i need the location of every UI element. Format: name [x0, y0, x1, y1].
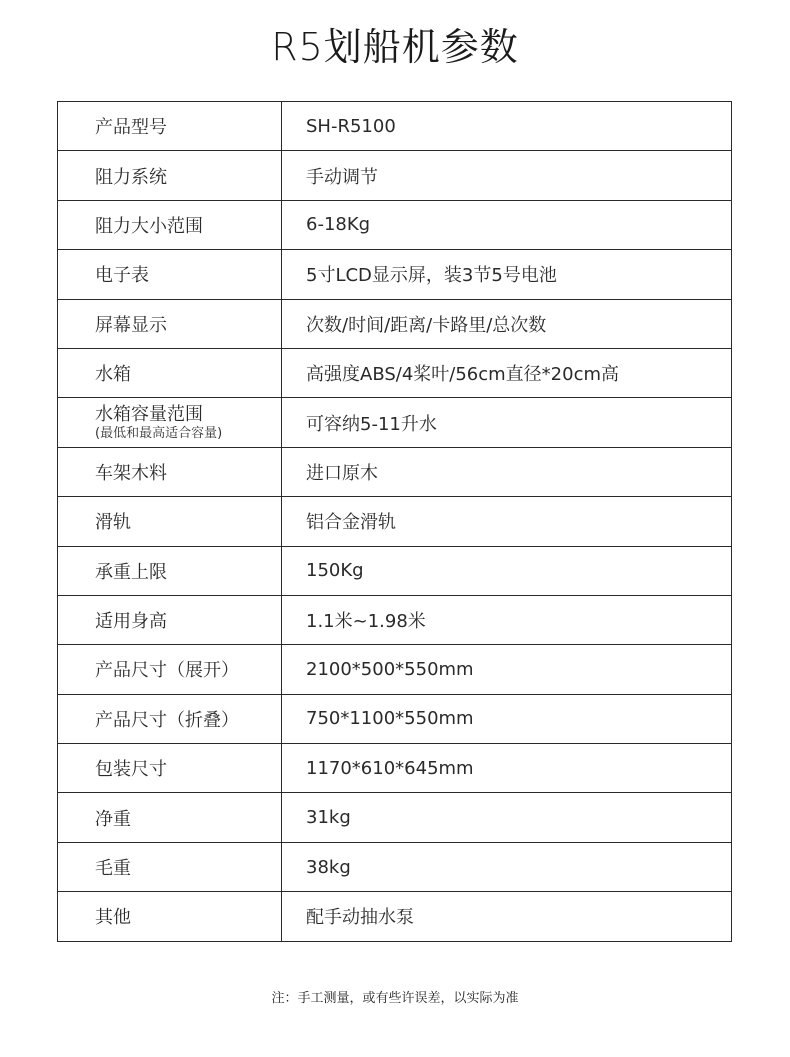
- page-title: R5划船机参数: [0, 22, 790, 72]
- table-row: 水箱容量范围 (最低和最高适合容量) 可容纳5-11升水: [58, 398, 732, 447]
- row-label: 电子表: [58, 250, 282, 299]
- table-row: 电子表 5寸LCD显示屏，装3节5号电池: [58, 250, 732, 299]
- row-label: 滑轨: [58, 497, 282, 546]
- row-value: 2100*500*550mm: [282, 645, 732, 694]
- row-label: 屏幕显示: [58, 299, 282, 348]
- row-value: 5寸LCD显示屏，装3节5号电池: [282, 250, 732, 299]
- row-value: 150Kg: [282, 546, 732, 595]
- row-label: 产品尺寸（展开）: [58, 645, 282, 694]
- table-row: 净重 31kg: [58, 793, 732, 842]
- row-value: 铝合金滑轨: [282, 497, 732, 546]
- row-label: 产品型号: [58, 102, 282, 151]
- row-value: 31kg: [282, 793, 732, 842]
- row-value: 750*1100*550mm: [282, 694, 732, 743]
- table-row: 屏幕显示 次数/时间/距离/卡路里/总次数: [58, 299, 732, 348]
- row-value: 手动调节: [282, 151, 732, 200]
- row-label: 承重上限: [58, 546, 282, 595]
- row-label: 其他: [58, 892, 282, 941]
- row-label: 产品尺寸（折叠）: [58, 694, 282, 743]
- row-value: 38kg: [282, 842, 732, 891]
- row-label: 阻力大小范围: [58, 200, 282, 249]
- table-row: 产品尺寸（折叠） 750*1100*550mm: [58, 694, 732, 743]
- row-label: 适用身高: [58, 595, 282, 644]
- row-sublabel: (最低和最高适合容量): [95, 426, 281, 442]
- row-value: 1170*610*645mm: [282, 744, 732, 793]
- footnote: 注：手工测量，或有些许误差，以实际为准: [0, 987, 790, 1006]
- table-row: 滑轨 铝合金滑轨: [58, 497, 732, 546]
- row-value: 1.1米~1.98米: [282, 595, 732, 644]
- row-label: 毛重: [58, 842, 282, 891]
- row-value: 进口原木: [282, 447, 732, 496]
- row-label: 水箱容量范围: [95, 404, 281, 426]
- row-label: 包装尺寸: [58, 744, 282, 793]
- table-row: 包装尺寸 1170*610*645mm: [58, 744, 732, 793]
- row-value: 6-18Kg: [282, 200, 732, 249]
- row-label-cell: 水箱容量范围 (最低和最高适合容量): [58, 398, 282, 447]
- row-value: 次数/时间/距离/卡路里/总次数: [282, 299, 732, 348]
- row-label: 车架木料: [58, 447, 282, 496]
- table-row: 阻力系统 手动调节: [58, 151, 732, 200]
- row-label: 净重: [58, 793, 282, 842]
- table-row: 阻力大小范围 6-18Kg: [58, 200, 732, 249]
- row-value: SH-R5100: [282, 102, 732, 151]
- table-row: 车架木料 进口原木: [58, 447, 732, 496]
- spec-table: 产品型号 SH-R5100 阻力系统 手动调节 阻力大小范围 6-18Kg 电子…: [57, 101, 732, 942]
- table-row: 产品尺寸（展开） 2100*500*550mm: [58, 645, 732, 694]
- row-label: 水箱: [58, 348, 282, 397]
- row-value: 高强度ABS/4桨叶/56cm直径*20cm高: [282, 348, 732, 397]
- table-row: 产品型号 SH-R5100: [58, 102, 732, 151]
- table-row: 适用身高 1.1米~1.98米: [58, 595, 732, 644]
- table-row: 水箱 高强度ABS/4桨叶/56cm直径*20cm高: [58, 348, 732, 397]
- table-row: 承重上限 150Kg: [58, 546, 732, 595]
- row-value: 配手动抽水泵: [282, 892, 732, 941]
- table-row: 毛重 38kg: [58, 842, 732, 891]
- row-value: 可容纳5-11升水: [282, 398, 732, 447]
- table-row: 其他 配手动抽水泵: [58, 892, 732, 941]
- row-label: 阻力系统: [58, 151, 282, 200]
